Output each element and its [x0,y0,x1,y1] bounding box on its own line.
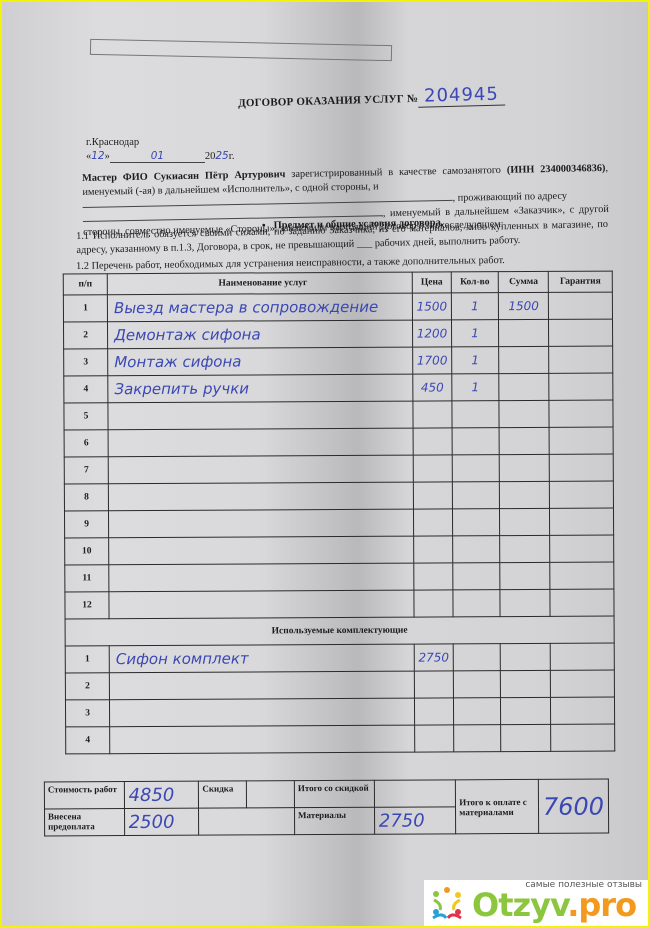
materials-label: Материалы [294,807,374,834]
table-row: 12 [65,589,614,619]
contract-title-text: ДОГОВОР ОКАЗАНИЯ УСЛУГ № [238,93,418,110]
row-qty: 1 [471,353,479,367]
row-number: 8 [64,484,108,511]
table-row: 2Демонтаж сифона12001 [63,319,612,349]
header-num: п/п [63,274,107,295]
row-number: 9 [64,511,108,538]
table-row: 1Выезд мастера в сопровождение150011500 [63,292,612,322]
row-name: Монтаж сифона [114,353,241,372]
row-name: Сифон комплект [116,649,249,668]
row-number: 11 [65,565,109,592]
row-qty: 1 [471,326,479,340]
components-body: 1Сифон комплект2750234 [65,643,615,754]
master-inn: (ИНН 234000346836) [507,163,606,176]
row-number: 7 [64,457,108,484]
table-row: 3Монтаж сифона17001 [64,346,613,376]
row-number: 4 [66,727,110,754]
materials-value: 2750 [374,807,456,834]
total-discount-value [374,780,456,807]
discount-value [246,781,295,808]
contract-title: ДОГОВОР ОКАЗАНИЯ УСЛУГ №204945 [238,84,505,112]
row-number: 4 [64,376,108,403]
table-row: 11 [65,562,614,592]
table-row: 4 [66,724,615,754]
row-price: 1200 [417,326,448,340]
prepayment-label: Внесена предоплата [45,809,125,836]
header-price: Цена [412,272,451,293]
header-qty: Кол-во [451,272,499,293]
row-name: Закрепить ручки [114,379,249,398]
contract-city: г.Краснодар [86,137,139,148]
row-name: Демонтаж сифона [114,325,261,344]
work-cost-value: 4850 [124,781,199,808]
row-qty: 1 [471,380,479,394]
row-name: Выезд мастера в сопровождение [114,298,378,317]
table-row: 6 [64,427,613,457]
table-row: 10 [65,535,614,565]
row-price: 1500 [417,299,448,313]
header-warranty: Гарантия [548,271,612,292]
watermark-brand: Otzyv.pro [472,886,636,924]
table-row: 3 [65,697,614,727]
discount-label: Скидка [199,781,246,808]
row-price: 450 [421,380,444,394]
otzyv-watermark: самые полезные отзывы Otzyv.pro [424,880,650,928]
row-number: 10 [65,538,109,565]
total-due-value: 7600 [538,779,608,833]
table-row: 4Закрепить ручки4501 [64,373,613,403]
row-number: 2 [63,322,107,349]
row-price: 2750 [418,650,449,664]
row-number: 3 [64,349,108,376]
components-title: Используемые комплектующие [65,616,614,646]
photo-frame: ДОГОВОР ОКАЗАНИЯ УСЛУГ №204945 г.Краснод… [0,0,650,928]
table-row: 7 [64,454,613,484]
services-body: 1Выезд мастера в сопровождение1500115002… [63,292,614,619]
total-discount-label: Итого со скидкой [294,780,374,807]
contract-date: «12»012025г. [86,150,235,163]
row-number: 3 [65,700,109,727]
row-price: 1700 [417,353,448,367]
date-month: 01 [151,150,164,162]
work-cost-label: Стоимость работ [44,782,124,809]
prepayment-value: 2500 [124,808,199,835]
table-row: 1Сифон комплект2750 [65,643,614,673]
header-name: Наименование услуг [107,272,412,295]
totals-table: Стоимость работ 4850 Скидка Итого со ски… [44,779,609,837]
header-empty-box [90,39,392,61]
row-qty: 1 [471,299,479,313]
master-name: Мастер ФИО Сукиасян Пётр Артурович [82,169,286,184]
date-day: 12 [91,150,104,162]
table-row: 8 [64,481,613,511]
date-year: 25 [215,150,228,162]
table-row: 9 [64,508,613,538]
row-number: 1 [65,646,109,673]
total-due-label: Итого к оплате с материалами [456,779,539,833]
contract-number: 204945 [418,84,505,108]
row-sum: 1500 [508,299,539,313]
header-sum: Сумма [498,271,548,292]
services-header-row: п/п Наименование услуг Цена Кол-во Сумма… [63,271,612,295]
row-number: 1 [63,295,107,322]
contract-sheet: ДОГОВОР ОКАЗАНИЯ УСЛУГ №204945 г.Краснод… [2,2,650,928]
services-table: п/п Наименование услуг Цена Кол-во Сумма… [63,271,616,755]
row-number: 12 [65,592,109,619]
table-row: 5 [64,400,613,430]
row-number: 2 [65,673,109,700]
row-number: 5 [64,403,108,430]
otzyv-logo-icon [430,886,464,922]
row-number: 6 [64,430,108,457]
table-row: 2 [65,670,614,700]
